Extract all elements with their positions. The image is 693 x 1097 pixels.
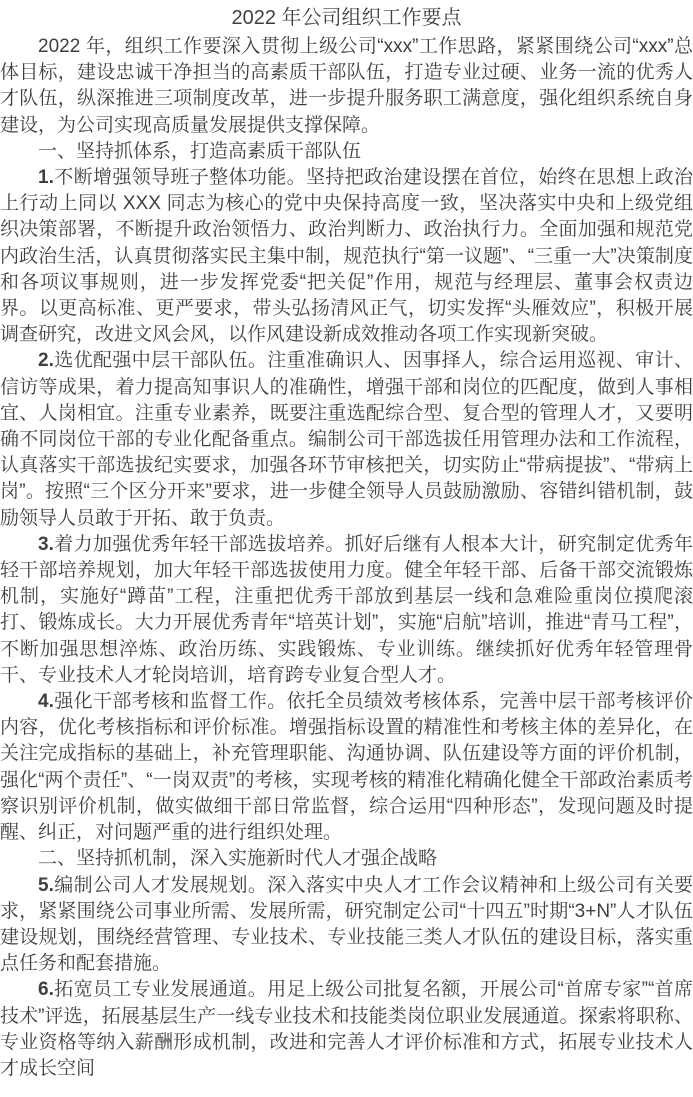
paragraph-number: 5.: [38, 875, 54, 896]
document-page: 2022 年公司组织工作要点 2022 年，组织工作要深入贯彻上级公司“xxx”…: [0, 0, 693, 1082]
paragraph-number: 6.: [38, 979, 54, 1000]
paragraph-text: 选优配强中层干部队伍。注重准确识人、因事择人，综合运用巡视、审计、信访等成果，着…: [0, 350, 693, 528]
paragraph-text: 强化干部考核和监督工作。依托全员绩效考核体系，完善中层干部考核评价内容，优化考核…: [0, 691, 693, 843]
doc-heading-section-1: 一、坚持抓体系，打造高素质干部队伍: [0, 139, 693, 165]
paragraph-text: 编制公司人才发展规划。深入落实中央人才工作会议精神和上级公司有关要求，紧紧围绕公…: [0, 875, 693, 975]
paragraph-number: 2.: [38, 350, 54, 371]
paragraph-text: 拓宽员工专业发展通道。用足上级公司批复名额，开展公司“首席专家”“首席技术”评选…: [0, 979, 693, 1079]
paragraph-number: 3.: [38, 534, 54, 555]
doc-heading-section-2: 二、坚持抓机制，深入实施新时代人才强企战略: [0, 846, 693, 872]
doc-paragraph-2: 2.选优配强中层干部队伍。注重准确识人、因事择人，综合运用巡视、审计、信访等成果…: [0, 348, 693, 531]
doc-paragraph-3: 3.着力加强优秀年轻干部选拔培养。抓好后继有人根本大计，研究制定优秀年轻干部培养…: [0, 532, 693, 689]
doc-paragraph-1: 1.不断增强领导班子整体功能。坚持把政治建设摆在首位，始终在思想上政治上行动上同…: [0, 165, 693, 348]
doc-paragraph-6: 6.拓宽员工专业发展通道。用足上级公司批复名额，开展公司“首席专家”“首席技术”…: [0, 977, 693, 1082]
paragraph-text: 2022 年，组织工作要深入贯彻上级公司“xxx”工作思路，紧紧围绕公司“xxx…: [0, 36, 693, 136]
paragraph-number: 1.: [38, 167, 54, 188]
paragraph-text: 二、坚持抓机制，深入实施新时代人才强企战略: [38, 848, 437, 869]
paragraph-text: 着力加强优秀年轻干部选拔培养。抓好后继有人根本大计，研究制定优秀年轻干部培养规划…: [0, 534, 693, 686]
paragraph-text: 不断增强领导班子整体功能。坚持把政治建设摆在首位，始终在思想上政治上行动上同以 …: [0, 167, 693, 345]
paragraph-number: 4.: [38, 691, 54, 712]
paragraph-text: 一、坚持抓体系，打造高素质干部队伍: [38, 141, 361, 162]
doc-paragraph-5: 5.编制公司人才发展规划。深入落实中央人才工作会议精神和上级公司有关要求，紧紧围…: [0, 873, 693, 978]
page-title: 2022 年公司组织工作要点: [0, 3, 693, 34]
doc-paragraph-4: 4.强化干部考核和监督工作。依托全员绩效考核体系，完善中层干部考核评价内容，优化…: [0, 689, 693, 846]
doc-paragraph-intro: 2022 年，组织工作要深入贯彻上级公司“xxx”工作思路，紧紧围绕公司“xxx…: [0, 34, 693, 139]
